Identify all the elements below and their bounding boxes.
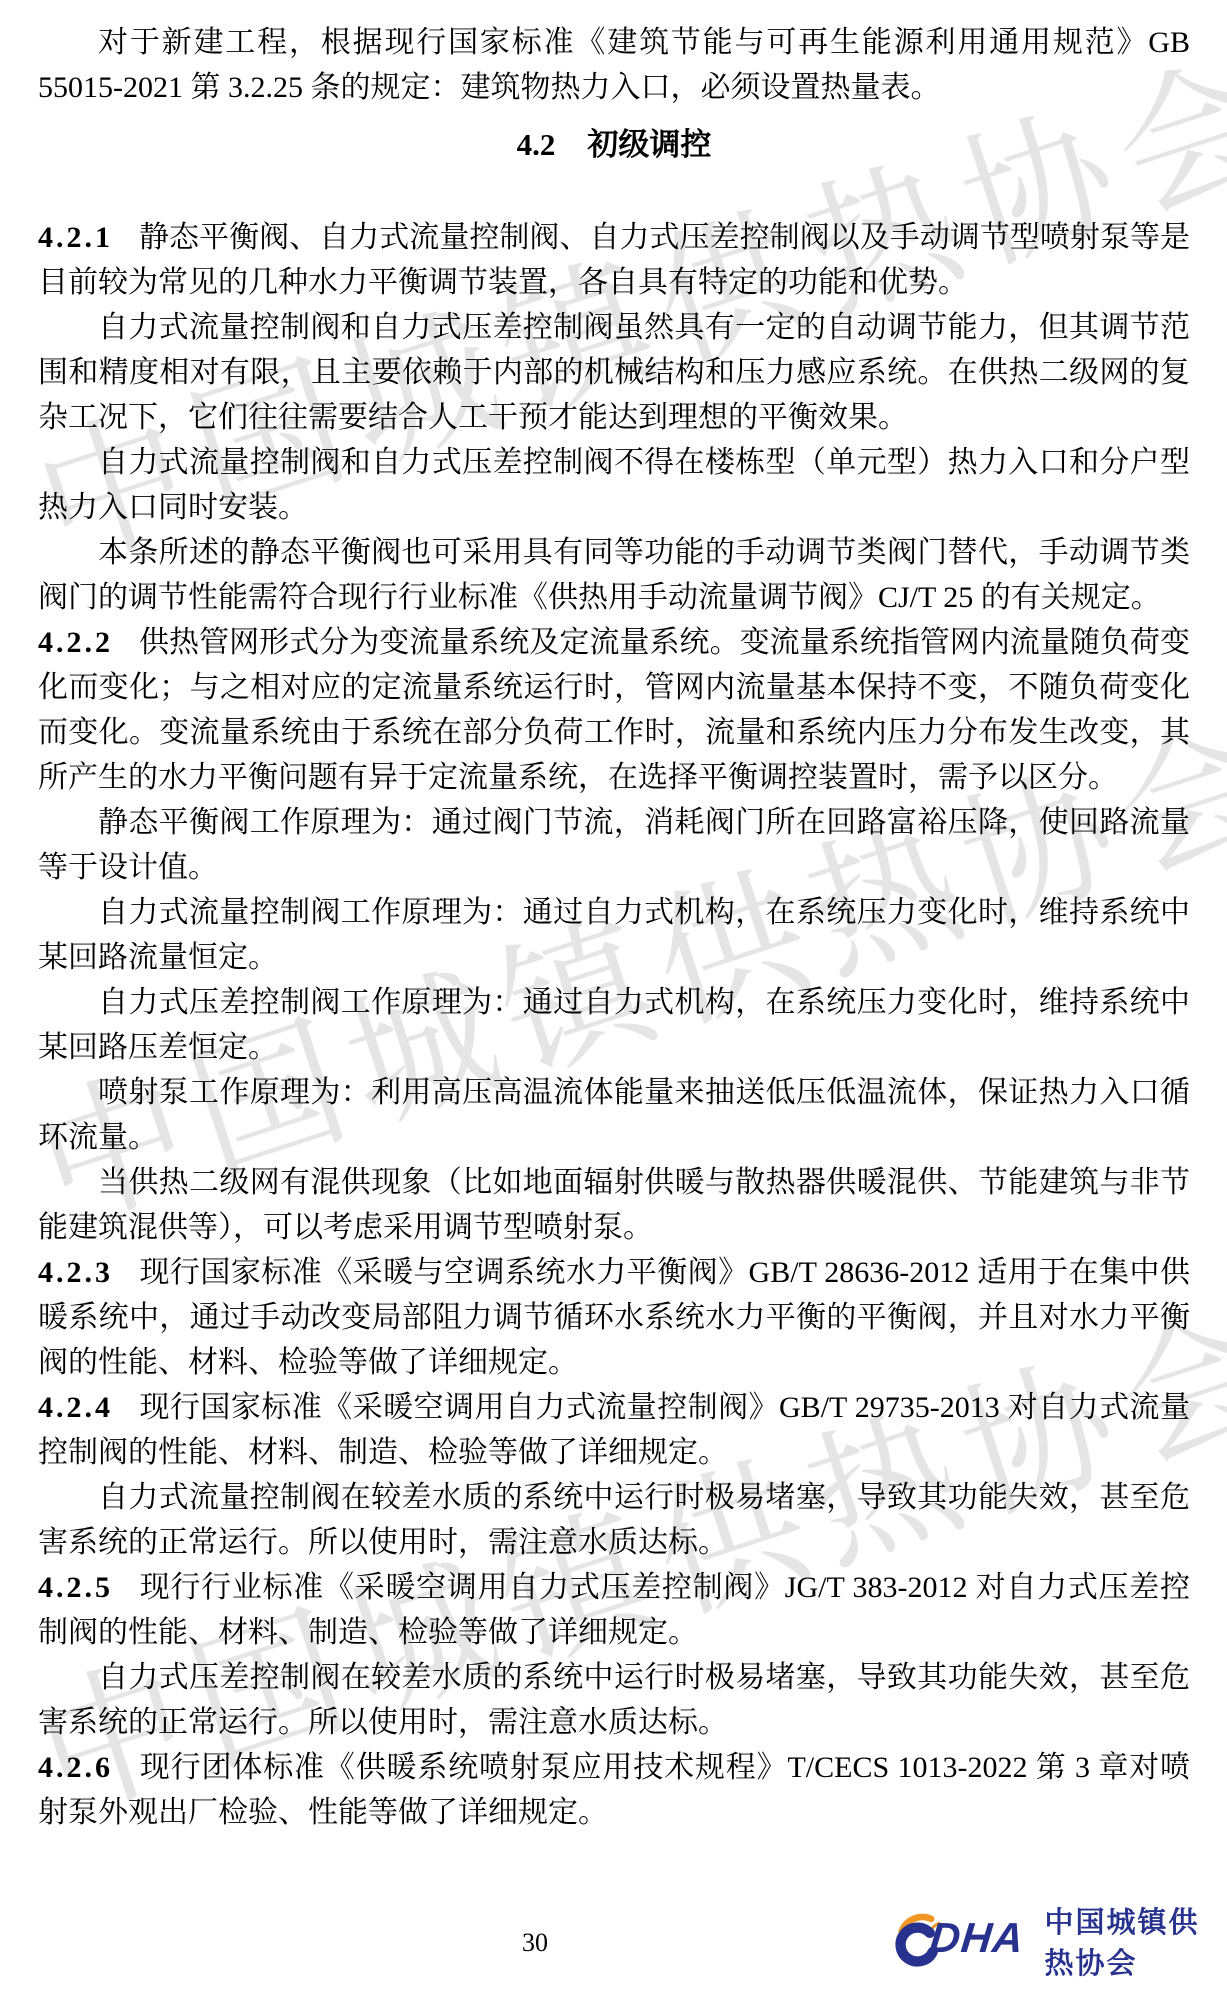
document-body: 对于新建工程，根据现行国家标准《建筑节能与可再生能源利用通用规范》GB 5501… — [38, 20, 1190, 1835]
intro-paragraph: 对于新建工程，根据现行国家标准《建筑节能与可再生能源利用通用规范》GB 5501… — [38, 20, 1190, 110]
clause-paragraph: 4.2.2供热管网形式分为变流量系统及定流量系统。变流量系统指管网内流量随负荷变… — [38, 620, 1190, 800]
paragraph: 自力式压差控制阀工作原理为：通过自力式机构，在系统压力变化时，维持系统中某回路压… — [38, 980, 1190, 1070]
document-page: { "page": { "watermark_text": "中国城镇供热协会"… — [0, 0, 1227, 1995]
paragraph: 当供热二级网有混供现象（比如地面辐射供暖与散热器供暖混供、节能建筑与非节能建筑混… — [38, 1160, 1190, 1250]
paragraph: 静态平衡阀工作原理为：通过阀门节流，消耗阀门所在回路富裕压降，使回路流量等于设计… — [38, 800, 1190, 890]
clauses: 4.2.1静态平衡阀、自力式流量控制阀、自力式压差控制阀以及手动调节型喷射泵等是… — [38, 215, 1190, 1835]
clause-paragraph: 4.2.4现行国家标准《采暖空调用自力式流量控制阀》GB/T 29735-201… — [38, 1385, 1190, 1475]
clause-paragraph: 4.2.6现行团体标准《供暖系统喷射泵应用技术规程》T/CECS 1013-20… — [38, 1745, 1190, 1835]
section-heading-number: 4.2 — [517, 127, 556, 162]
clause-number: 4.2.4 — [38, 1391, 113, 1424]
clause-number: 4.2.5 — [38, 1571, 113, 1604]
section-heading-title: 初级调控 — [587, 127, 711, 162]
clause-number: 4.2.3 — [38, 1256, 113, 1289]
paragraph: 本条所述的静态平衡阀也可采用具有同等功能的手动调节类阀门替代，手动调节类阀门的调… — [38, 530, 1190, 620]
paragraph: 喷射泵工作原理为：利用高压高温流体能量来抽送低压低温流体，保证热力入口循环流量。 — [38, 1070, 1190, 1160]
paragraph: 自力式流量控制阀工作原理为：通过自力式机构，在系统压力变化时，维持系统中某回路流… — [38, 890, 1190, 980]
clause-paragraph: 4.2.3现行国家标准《采暖与空调系统水力平衡阀》GB/T 28636-2012… — [38, 1250, 1190, 1385]
paragraph: 自力式流量控制阀和自力式压差控制阀不得在楼栋型（单元型）热力入口和分户型热力入口… — [38, 440, 1190, 530]
clause-number: 4.2.2 — [38, 626, 113, 659]
section-heading: 4.2初级调控 — [38, 122, 1190, 167]
logo-org-name: 中国城镇供热协会 — [1044, 1900, 1227, 1982]
association-logo: DHA 中国城镇供热协会 — [890, 1894, 1227, 1982]
paragraph: 自力式流量控制阀和自力式压差控制阀虽然具有一定的自动调节能力，但其调节范围和精度… — [38, 305, 1190, 440]
page-number: 30 — [522, 1928, 548, 1957]
clause-number: 4.2.6 — [38, 1751, 113, 1784]
paragraph: 自力式流量控制阀在较差水质的系统中运行时极易堵塞，导致其功能失效，甚至危害系统的… — [38, 1475, 1190, 1565]
page: 中国城镇供热协会 中国城镇供热协会 中国城镇供热协会 对于新建工程，根据现行国家… — [0, 0, 1227, 1995]
paragraph: 自力式压差控制阀在较差水质的系统中运行时极易堵塞，导致其功能失效，甚至危害系统的… — [38, 1655, 1190, 1745]
clause-paragraph: 4.2.1静态平衡阀、自力式流量控制阀、自力式压差控制阀以及手动调节型喷射泵等是… — [38, 215, 1190, 305]
clause-number: 4.2.1 — [38, 221, 113, 254]
logo-acronym: DHA — [928, 1914, 1027, 1962]
clause-paragraph: 4.2.5现行行业标准《采暖空调用自力式压差控制阀》JG/T 383-2012 … — [38, 1565, 1190, 1655]
